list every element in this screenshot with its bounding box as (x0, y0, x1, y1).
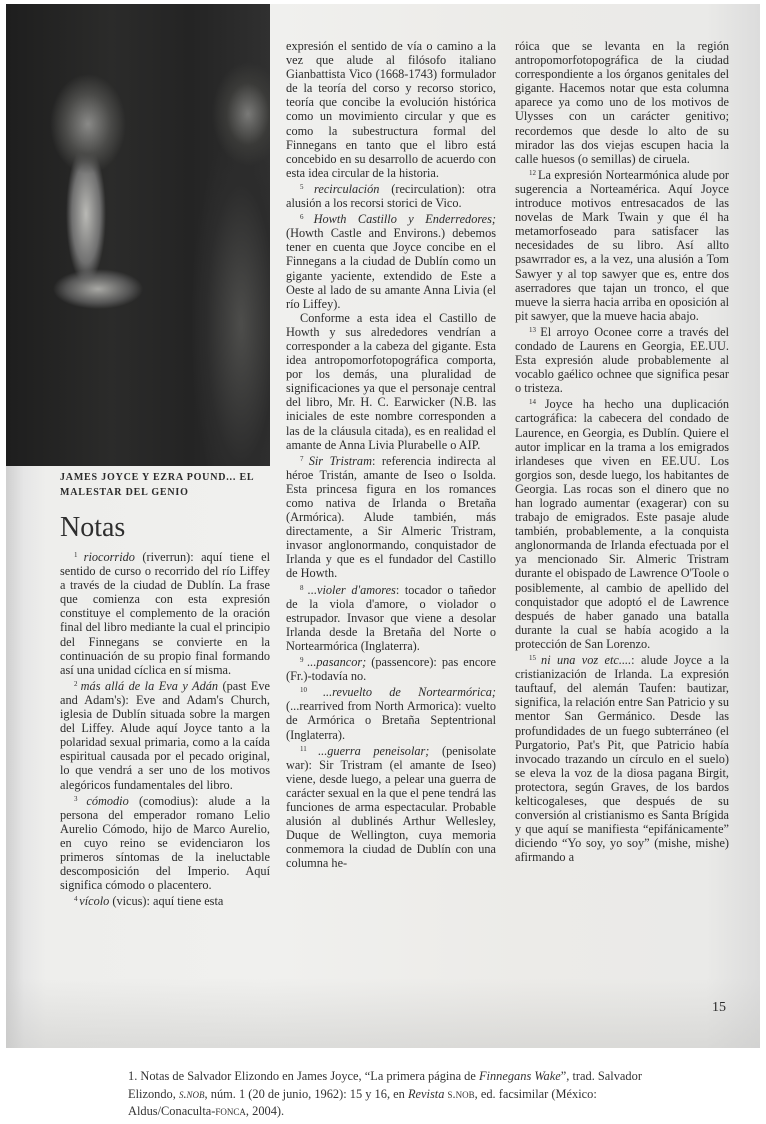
note-number: 3 (74, 795, 86, 803)
note-term: riocorrido (84, 550, 135, 564)
note-number: 6 (300, 213, 314, 221)
note-paragraph: Conforme a esta idea el Castillo de Howt… (286, 311, 496, 452)
section-title: Notas (60, 512, 125, 544)
note-paragraph: 5 recirculación (recirculation): otra al… (286, 180, 496, 210)
note-number: 11 (300, 745, 318, 753)
note-paragraph: 14 Joyce ha hecho una duplicación cartog… (515, 395, 729, 651)
note-number: 7 (300, 455, 309, 463)
note-term: ...violer d'amores (308, 583, 396, 597)
note-term: ...revuelto de Nortearmórica; (323, 685, 496, 699)
note-number: 8 (300, 584, 308, 592)
note-paragraph: 10 ...revuelto de Nortearmórica; (...rea… (286, 683, 496, 741)
note-number: 14 (529, 398, 545, 406)
note-number: 10 (300, 686, 323, 694)
note-paragraph: 13 El arroyo Oconee corre a través del c… (515, 323, 729, 395)
note-paragraph: 15 ni una voz etc....: alude Joyce a la … (515, 651, 729, 864)
note-term: ...guerra peneisolar; (318, 744, 429, 758)
note-paragraph: 7 Sir Tristram: referencia indirecta al … (286, 452, 496, 581)
note-number: 12 (529, 169, 538, 177)
footnote-number: 1. (128, 1069, 137, 1083)
citation-footnote: 1. Notas de Salvador Elizondo en James J… (128, 1068, 668, 1121)
note-paragraph: 9 ...pasancor; (passencore): pas encore … (286, 653, 496, 683)
note-term: cómodio (86, 794, 128, 808)
journal-name: s.nob (179, 1087, 205, 1101)
note-number: 5 (300, 183, 314, 191)
note-term: ...pasancor; (307, 655, 366, 669)
note-number: 13 (529, 326, 540, 334)
note-term: vícolo (79, 894, 109, 908)
note-paragraph: 12 La expresión Nortearmónica alude por … (515, 166, 729, 323)
note-paragraph: 11 ...guerra peneisolar; (penisolate war… (286, 742, 496, 871)
note-number: 15 (529, 654, 541, 662)
note-number: 1 (74, 551, 84, 559)
note-term: Sir Tristram (309, 454, 372, 468)
page-number: 15 (712, 1000, 726, 1016)
notes-column-2: expresión el sentido de vía o camino a l… (286, 39, 496, 870)
note-term: más allá de la Eva y Adán (81, 679, 218, 693)
note-number: 2 (74, 680, 81, 688)
note-term: recirculación (314, 182, 379, 196)
book-title: Finnegans Wake (479, 1069, 561, 1083)
note-paragraph: 3 cómodio (comodius): alude a la persona… (60, 792, 270, 893)
note-term: ni una voz etc.... (541, 653, 631, 667)
note-paragraph: 4 vícolo (vicus): aquí tiene esta (60, 892, 270, 908)
note-paragraph: 1 riocorrido (riverrun): aquí tiene el s… (60, 548, 270, 677)
note-paragraph: expresión el sentido de vía o camino a l… (286, 39, 496, 180)
notes-column-3: róica que se levanta en la región antrop… (515, 39, 729, 864)
photo-joyce-pound (6, 4, 270, 466)
note-paragraph: 8 ...violer d'amores: tocador o tañedor … (286, 581, 496, 653)
notes-column-1: 1 riocorrido (riverrun): aquí tiene el s… (60, 548, 270, 908)
note-term: Howth Castillo y Enderredores; (314, 212, 496, 226)
note-paragraph: 6 Howth Castillo y Enderredores; (Howth … (286, 210, 496, 311)
photo-caption: JAMES JOYCE Y EZRA POUND... EL MALESTAR … (60, 470, 270, 500)
note-paragraph: róica que se levanta en la región antrop… (515, 39, 729, 166)
note-paragraph: 2 más allá de la Eva y Adán (past Eve an… (60, 677, 270, 792)
